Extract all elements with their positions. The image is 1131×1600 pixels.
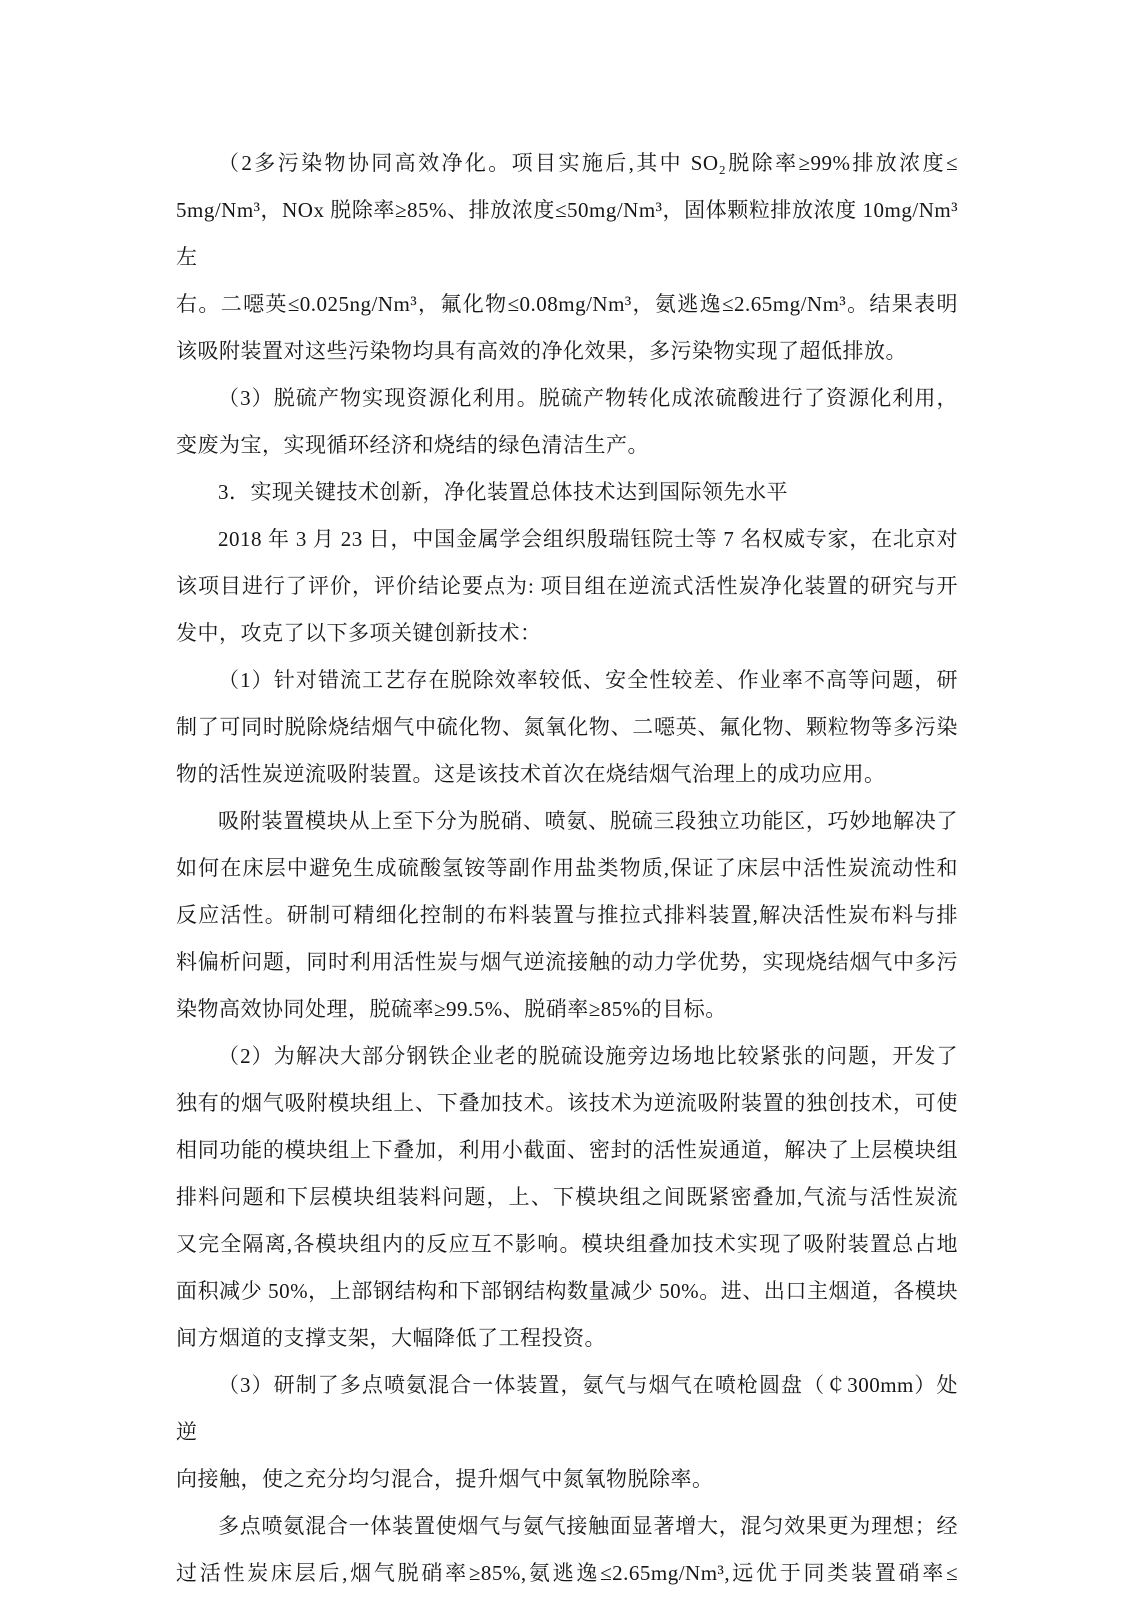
text-line: （2多污染物协同高效净化。项目实施后,其中 SO₂脱除率≥99%排放浓度≤ bbox=[176, 140, 958, 187]
text-line: 又完全隔离,各模块组内的反应互不影响。模块组叠加技术实现了吸附装置总占地 bbox=[176, 1221, 958, 1268]
paragraph: （1）针对错流工艺存在脱除效率较低、安全性较差、作业率不高等问题，研制了可同时脱… bbox=[176, 657, 958, 798]
text-line: 如何在床层中避免生成硫酸氢铵等副作用盐类物质,保证了床层中活性炭流动性和 bbox=[176, 845, 958, 892]
document-text: （2多污染物协同高效净化。项目实施后,其中 SO₂脱除率≥99%排放浓度≤5mg… bbox=[176, 140, 958, 1597]
text-line: （2）为解决大部分钢铁企业老的脱硫设施旁边场地比较紧张的问题，开发了 bbox=[176, 1033, 958, 1080]
paragraph: （3）研制了多点喷氨混合一体装置，氨气与烟气在喷枪圆盘（￠300mm）处逆向接触… bbox=[176, 1362, 958, 1503]
section-heading: 3．实现关键技术创新，净化装置总体技术达到国际领先水平 bbox=[176, 469, 958, 516]
paragraph: （2多污染物协同高效净化。项目实施后,其中 SO₂脱除率≥99%排放浓度≤5mg… bbox=[176, 140, 958, 375]
text-line: 多点喷氨混合一体装置使烟气与氨气接触面显著增大，混匀效果更为理想；经 bbox=[176, 1503, 958, 1550]
text-line: 该吸附装置对这些污染物均具有高效的净化效果，多污染物实现了超低排放。 bbox=[176, 328, 958, 375]
text-line: 制了可同时脱除烧结烟气中硫化物、氮氧化物、二噁英、氟化物、颗粒物等多污染 bbox=[176, 704, 958, 751]
text-line: 发中，攻克了以下多项关键创新技术： bbox=[176, 610, 958, 657]
text-line: 向接触，使之充分均匀混合，提升烟气中氮氧物脱除率。 bbox=[176, 1456, 958, 1503]
text-line: 间方烟道的支撑支架，大幅降低了工程投资。 bbox=[176, 1315, 958, 1362]
text-line: （1）针对错流工艺存在脱除效率较低、安全性较差、作业率不高等问题，研 bbox=[176, 657, 958, 704]
text-line: 变废为宝，实现循环经济和烧结的绿色清洁生产。 bbox=[176, 422, 958, 469]
text-line: 相同功能的模块组上下叠加，利用小截面、密封的活性炭通道，解决了上层模块组 bbox=[176, 1127, 958, 1174]
text-line: （3）研制了多点喷氨混合一体装置，氨气与烟气在喷枪圆盘（￠300mm）处逆 bbox=[176, 1362, 958, 1456]
text-line: 3．实现关键技术创新，净化装置总体技术达到国际领先水平 bbox=[176, 469, 958, 516]
text-line: 独有的烟气吸附模块组上、下叠加技术。该技术为逆流吸附装置的独创技术，可使 bbox=[176, 1080, 958, 1127]
paragraph: （2）为解决大部分钢铁企业老的脱硫设施旁边场地比较紧张的问题，开发了独有的烟气吸… bbox=[176, 1033, 958, 1362]
text-line: 染物高效协同处理，脱硫率≥99.5%、脱硝率≥85%的目标。 bbox=[176, 986, 958, 1033]
paragraph: （3）脱硫产物实现资源化利用。脱硫产物转化成浓硫酸进行了资源化利用，变废为宝，实… bbox=[176, 375, 958, 469]
text-line: 5mg/Nm³，NOx 脱除率≥85%、排放浓度≤50mg/Nm³，固体颗粒排放… bbox=[176, 187, 958, 281]
text-line: 过活性炭床层后,烟气脱硝率≥85%,氨逃逸≤2.65mg/Nm³,远优于同类装置… bbox=[176, 1550, 958, 1597]
paragraph: 吸附装置模块从上至下分为脱硝、喷氨、脱硫三段独立功能区，巧妙地解决了如何在床层中… bbox=[176, 798, 958, 1033]
text-line: 料偏析问题，同时利用活性炭与烟气逆流接触的动力学优势，实现烧结烟气中多污 bbox=[176, 939, 958, 986]
paragraph: 2018 年 3 月 23 日，中国金属学会组织殷瑞钰院士等 7 名权威专家，在… bbox=[176, 516, 958, 657]
text-line: 右。二噁英≤0.025ng/Nm³，氟化物≤0.08mg/Nm³，氨逃逸≤2.6… bbox=[176, 281, 958, 328]
text-line: 面积减少 50%，上部钢结构和下部钢结构数量减少 50%。进、出口主烟道，各模块 bbox=[176, 1268, 958, 1315]
document-page: （2多污染物协同高效净化。项目实施后,其中 SO₂脱除率≥99%排放浓度≤5mg… bbox=[0, 0, 1131, 1600]
text-line: （3）脱硫产物实现资源化利用。脱硫产物转化成浓硫酸进行了资源化利用， bbox=[176, 375, 958, 422]
text-line: 2018 年 3 月 23 日，中国金属学会组织殷瑞钰院士等 7 名权威专家，在… bbox=[176, 516, 958, 563]
paragraph: 多点喷氨混合一体装置使烟气与氨气接触面显著增大，混匀效果更为理想；经过活性炭床层… bbox=[176, 1503, 958, 1597]
text-line: 吸附装置模块从上至下分为脱硝、喷氨、脱硫三段独立功能区，巧妙地解决了 bbox=[176, 798, 958, 845]
text-line: 物的活性炭逆流吸附装置。这是该技术首次在烧结烟气治理上的成功应用。 bbox=[176, 751, 958, 798]
text-line: 排料问题和下层模块组装料问题，上、下模块组之间既紧密叠加,气流与活性炭流 bbox=[176, 1174, 958, 1221]
text-line: 该项目进行了评价，评价结论要点为: 项目组在逆流式活性炭净化装置的研究与开 bbox=[176, 563, 958, 610]
text-line: 反应活性。研制可精细化控制的布料装置与推拉式排料装置,解决活性炭布料与排 bbox=[176, 892, 958, 939]
